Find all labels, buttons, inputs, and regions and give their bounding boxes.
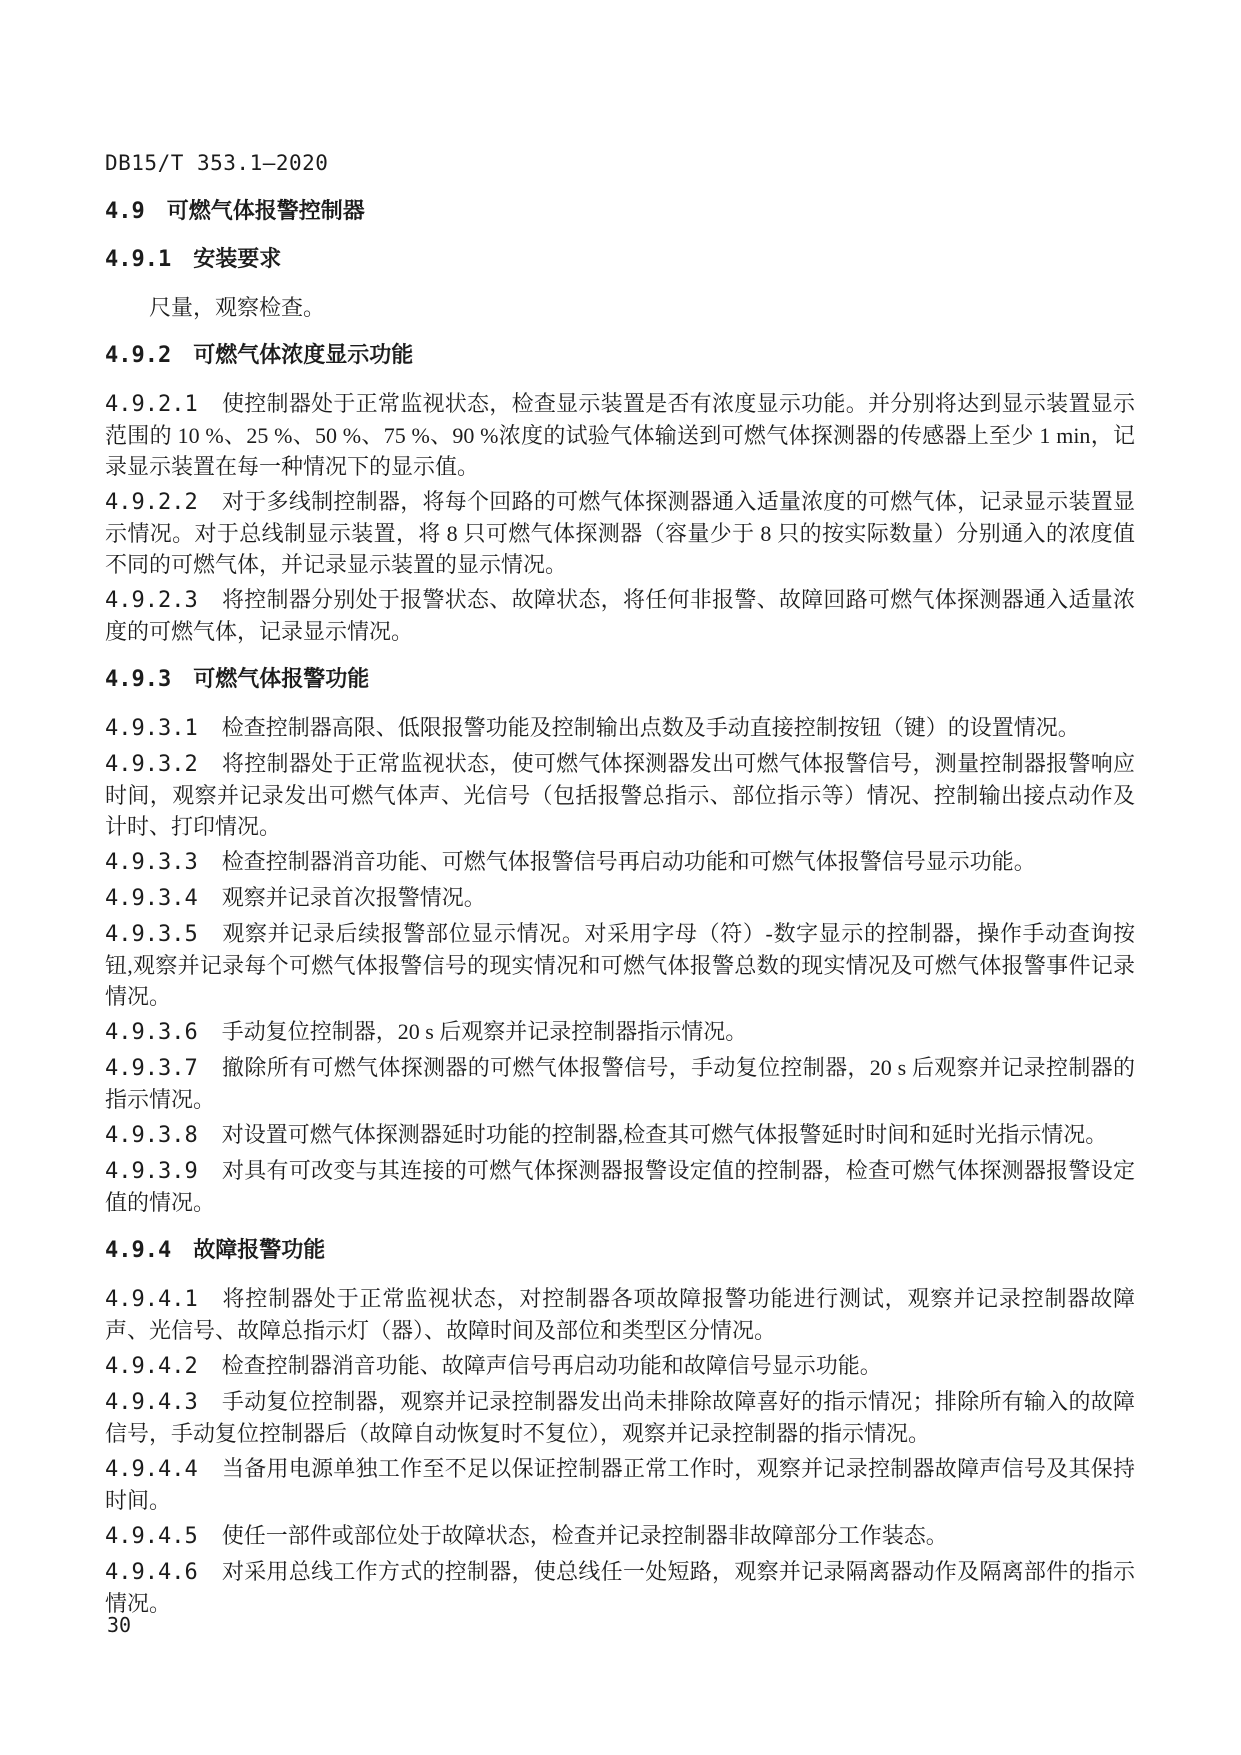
clause-text: 检查控制器消音功能、可燃气体报警信号再启动功能和可燃气体报警信号显示功能。	[222, 849, 1036, 874]
heading-title: 故障报警功能	[193, 1238, 325, 1263]
clause-number: 4.9.4.3	[105, 1390, 198, 1415]
clause-4-9-4-1: 4.9.4.1将控制器处于正常监视状态，对控制器各项故障报警功能进行测试，观察并…	[105, 1283, 1135, 1346]
document-page: DB15/T 353.1—2020 4.9可燃气体报警控制器 4.9.1安装要求…	[0, 0, 1241, 1755]
clause-4-9-4-4: 4.9.4.4当备用电源单独工作至不足以保证控制器正常工作时，观察并记录控制器故…	[105, 1453, 1135, 1516]
clause-4-9-4-5: 4.9.4.5使任一部件或部位处于故障状态，检查并记录控制器非故障部分工作装态。	[105, 1520, 1135, 1552]
clause-number: 4.9.3.3	[105, 850, 198, 875]
clause-number: 4.9.4.2	[105, 1354, 198, 1379]
document-code: DB15/T 353.1—2020	[105, 148, 1135, 179]
heading-title: 可燃气体报警功能	[193, 667, 369, 692]
clause-number: 4.9.3.6	[105, 1020, 198, 1045]
clause-text: 对于多线制控制器，将每个回路的可燃气体探测器通入适量浓度的可燃气体，记录显示装置…	[105, 489, 1135, 577]
clause-text: 对具有可改变与其连接的可燃气体探测器报警设定值的控制器，检查可燃气体探测器报警设…	[105, 1158, 1135, 1215]
clause-4-9-4-6: 4.9.4.6对采用总线工作方式的控制器，使总线任一处短路，观察并记录隔离器动作…	[105, 1556, 1135, 1619]
clause-text: 手动复位控制器，20 s 后观察并记录控制器指示情况。	[222, 1019, 748, 1044]
clause-4-9-3-8: 4.9.3.8对设置可燃气体探测器延时功能的控制器,检查其可燃气体报警延时时间和…	[105, 1119, 1135, 1151]
clause-number: 4.9.2.3	[105, 588, 198, 613]
heading-number: 4.9.1	[105, 244, 171, 275]
clause-text: 观察并记录首次报警情况。	[222, 885, 486, 910]
paragraph-4-9-1: 尺量，观察检查。	[105, 292, 1135, 323]
clause-number: 4.9.2.2	[105, 490, 198, 515]
clause-text: 将控制器分别处于报警状态、故障状态，将任何非报警、故障回路可燃气体探测器通入适量…	[105, 587, 1135, 644]
clause-4-9-2-1: 4.9.2.1使控制器处于正常监视状态，检查显示装置是否有浓度显示功能。并分别将…	[105, 388, 1135, 482]
clause-4-9-2-2: 4.9.2.2对于多线制控制器，将每个回路的可燃气体探测器通入适量浓度的可燃气体…	[105, 486, 1135, 580]
heading-4-9-4: 4.9.4故障报警功能	[105, 1235, 1135, 1266]
heading-4-9-1: 4.9.1安装要求	[105, 244, 1135, 275]
clause-text: 使控制器处于正常监视状态，检查显示装置是否有浓度显示功能。并分别将达到显示装置显…	[105, 391, 1135, 479]
page-number: 30	[107, 1610, 131, 1641]
clause-number: 4.9.4.1	[105, 1287, 198, 1312]
clause-text: 当备用电源单独工作至不足以保证控制器正常工作时，观察并记录控制器故障声信号及其保…	[105, 1456, 1135, 1513]
clause-number: 4.9.3.9	[105, 1159, 198, 1184]
clause-number: 4.9.3.2	[105, 752, 198, 777]
heading-number: 4.9.2	[105, 340, 171, 371]
clause-number: 4.9.4.5	[105, 1524, 198, 1549]
clause-4-9-3-9: 4.9.3.9对具有可改变与其连接的可燃气体探测器报警设定值的控制器，检查可燃气…	[105, 1155, 1135, 1218]
heading-number: 4.9	[105, 196, 145, 227]
clause-number: 4.9.4.4	[105, 1457, 198, 1482]
clause-4-9-3-6: 4.9.3.6手动复位控制器，20 s 后观察并记录控制器指示情况。	[105, 1016, 1135, 1048]
clause-4-9-3-7: 4.9.3.7撤除所有可燃气体探测器的可燃气体报警信号，手动复位控制器，20 s…	[105, 1052, 1135, 1115]
clause-number: 4.9.3.8	[105, 1123, 198, 1148]
clause-text: 手动复位控制器，观察并记录控制器发出尚未排除故障喜好的指示情况；排除所有输入的故…	[105, 1389, 1135, 1446]
clause-4-9-3-3: 4.9.3.3检查控制器消音功能、可燃气体报警信号再启动功能和可燃气体报警信号显…	[105, 846, 1135, 878]
clause-text: 对设置可燃气体探测器延时功能的控制器,检查其可燃气体报警延时时间和延时光指示情况…	[222, 1122, 1108, 1147]
clause-text: 将控制器处于正常监视状态，使可燃气体探测器发出可燃气体报警信号，测量控制器报警响…	[105, 751, 1135, 839]
clause-text: 检查控制器高限、低限报警功能及控制输出点数及手动直接控制按钮（键）的设置情况。	[222, 715, 1080, 740]
clause-text: 对采用总线工作方式的控制器，使总线任一处短路，观察并记录隔离器动作及隔离部件的指…	[105, 1559, 1135, 1616]
heading-4-9-3: 4.9.3可燃气体报警功能	[105, 664, 1135, 695]
heading-title: 可燃气体浓度显示功能	[193, 343, 413, 368]
heading-4-9-2: 4.9.2可燃气体浓度显示功能	[105, 340, 1135, 371]
heading-title: 可燃气体报警控制器	[167, 199, 365, 224]
clause-text: 观察并记录后续报警部位显示情况。对采用字母（符）-数字显示的控制器，操作手动查询…	[105, 921, 1135, 1009]
clause-text: 撤除所有可燃气体探测器的可燃气体报警信号，手动复位控制器，20 s 后观察并记录…	[105, 1055, 1135, 1112]
clause-4-9-4-2: 4.9.4.2检查控制器消音功能、故障声信号再启动功能和故障信号显示功能。	[105, 1350, 1135, 1382]
heading-title: 安装要求	[193, 247, 281, 272]
clause-number: 4.9.4.6	[105, 1560, 198, 1585]
clause-4-9-3-5: 4.9.3.5观察并记录后续报警部位显示情况。对采用字母（符）-数字显示的控制器…	[105, 918, 1135, 1012]
heading-number: 4.9.4	[105, 1235, 171, 1266]
clause-4-9-4-3: 4.9.4.3手动复位控制器，观察并记录控制器发出尚未排除故障喜好的指示情况；排…	[105, 1386, 1135, 1449]
clause-4-9-2-3: 4.9.2.3将控制器分别处于报警状态、故障状态，将任何非报警、故障回路可燃气体…	[105, 584, 1135, 647]
clause-number: 4.9.3.4	[105, 886, 198, 911]
clause-4-9-3-4: 4.9.3.4观察并记录首次报警情况。	[105, 882, 1135, 914]
clause-number: 4.9.3.5	[105, 922, 198, 947]
heading-4-9: 4.9可燃气体报警控制器	[105, 196, 1135, 227]
clause-text: 检查控制器消音功能、故障声信号再启动功能和故障信号显示功能。	[222, 1353, 882, 1378]
clause-4-9-3-1: 4.9.3.1检查控制器高限、低限报警功能及控制输出点数及手动直接控制按钮（键）…	[105, 712, 1135, 744]
clause-text: 将控制器处于正常监视状态，对控制器各项故障报警功能进行测试，观察并记录控制器故障…	[105, 1286, 1135, 1343]
clause-number: 4.9.3.7	[105, 1056, 198, 1081]
heading-number: 4.9.3	[105, 664, 171, 695]
clause-number: 4.9.2.1	[105, 392, 198, 417]
clause-text: 使任一部件或部位处于故障状态，检查并记录控制器非故障部分工作装态。	[222, 1523, 948, 1548]
clause-number: 4.9.3.1	[105, 716, 198, 741]
clause-4-9-3-2: 4.9.3.2将控制器处于正常监视状态，使可燃气体探测器发出可燃气体报警信号，测…	[105, 748, 1135, 842]
